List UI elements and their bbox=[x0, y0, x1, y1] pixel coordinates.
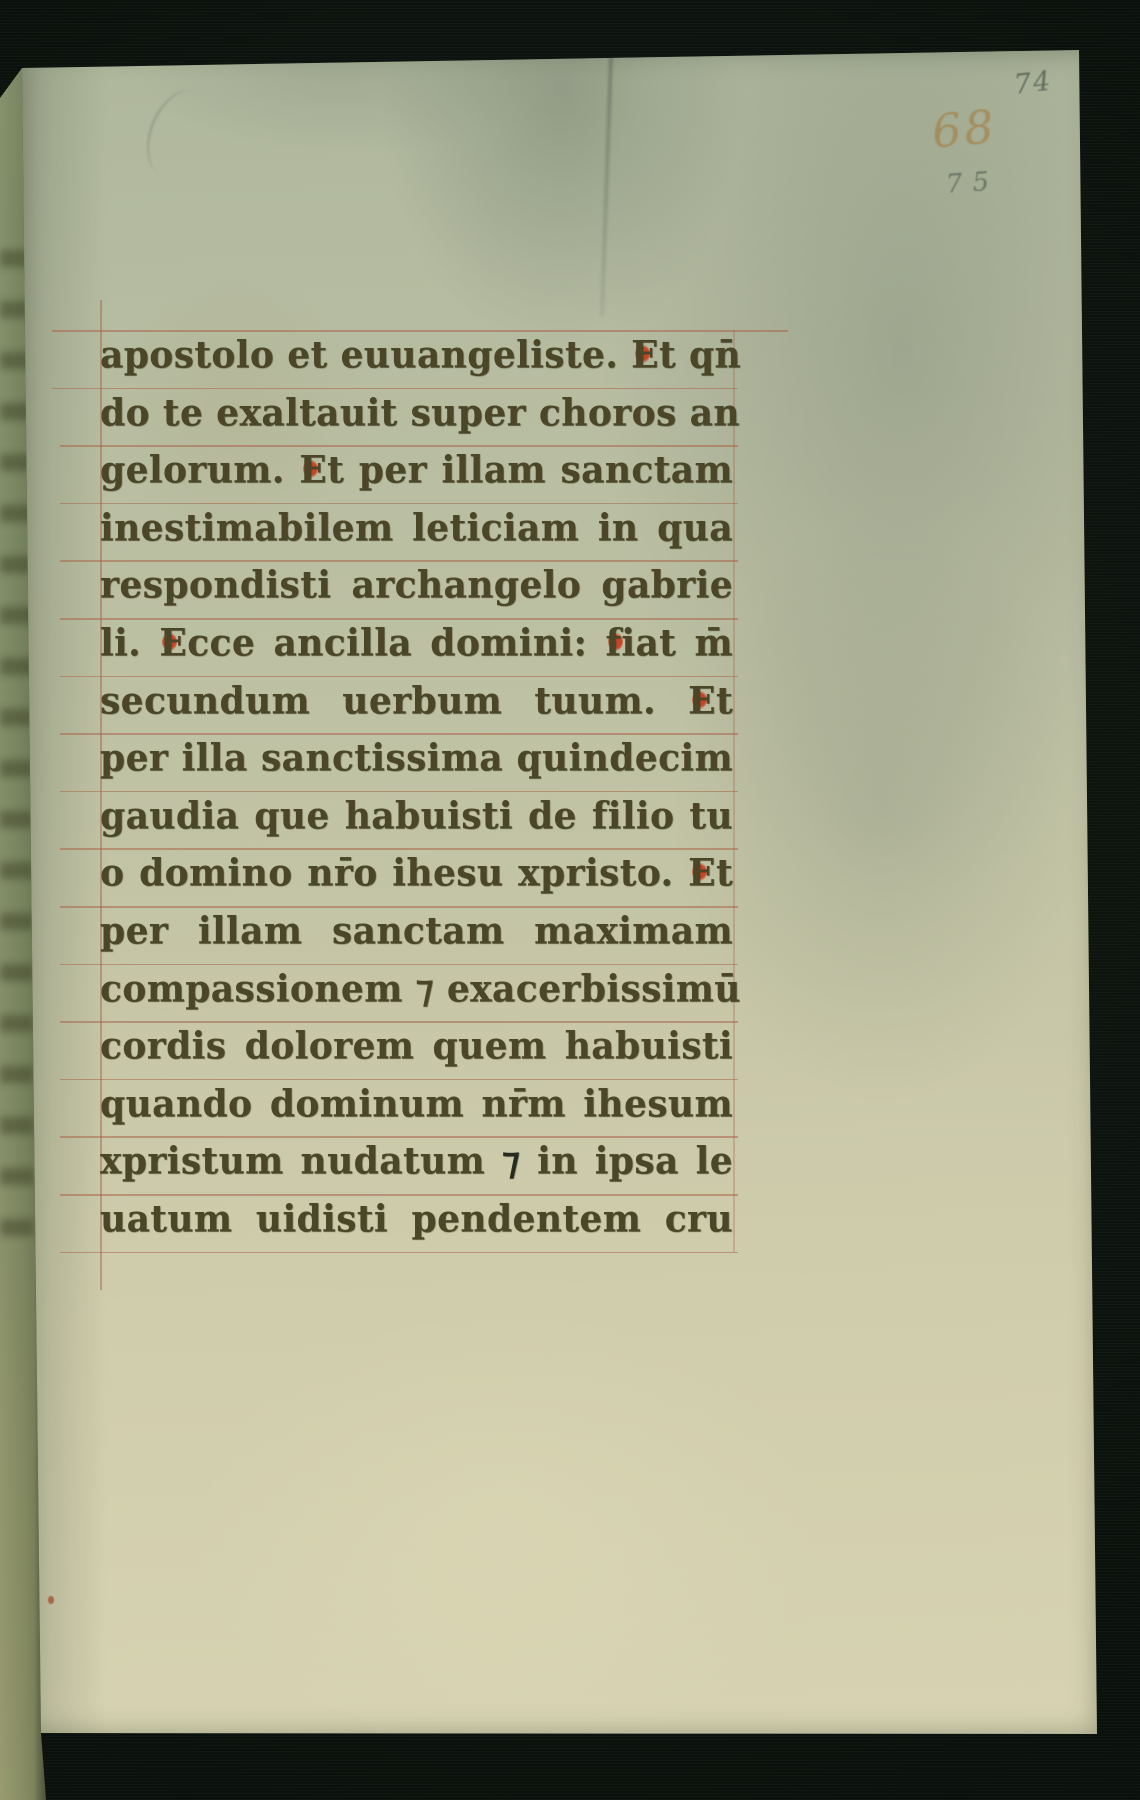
rubricated-letter: E bbox=[159, 621, 187, 665]
manuscript-text-line: secundum uerbum tuum. Et bbox=[100, 674, 733, 734]
manuscript-text-line: per illa sanctissima quindecim bbox=[100, 732, 733, 792]
text-segment: inestimabilem leticiam in qua bbox=[100, 506, 733, 550]
text-segment: at m̄ bbox=[635, 621, 733, 665]
manuscript-text-line: li. Ecce ancilla domini: fiat m̄ bbox=[100, 617, 733, 677]
text-segment: uatum uidisti pendentem cru bbox=[100, 1197, 733, 1241]
text-segment: per illam sanctam bbox=[344, 448, 733, 492]
manuscript-text-line: gaudia que habuisti de filio tu bbox=[100, 790, 733, 850]
rubricated-letter: fi bbox=[605, 621, 635, 665]
manuscript-text-line: do te exaltauit super choros an bbox=[100, 386, 733, 446]
text-segment: qn̄ bbox=[676, 333, 741, 377]
manuscript-text-line: apostolo et euuangeliste. Et qn̄ bbox=[100, 329, 733, 389]
text-segment: gelorum. bbox=[100, 448, 299, 492]
manuscript-text-line: per illam sanctam maximam bbox=[100, 905, 733, 965]
manuscript-text-line: compassionem ⁊ exacerbissimū bbox=[100, 962, 733, 1022]
rubricated-letter: Et bbox=[299, 448, 344, 492]
manuscript-text-line: o domino nr̄o ihesu xpristo. Et bbox=[100, 847, 733, 907]
rubricated-letter: Et bbox=[631, 333, 676, 377]
text-segment: o domino nr̄o ihesu xpristo. bbox=[100, 851, 688, 895]
manuscript-text-line: uatum uidisti pendentem cru bbox=[100, 1193, 733, 1253]
rubricated-letter: Et bbox=[688, 679, 733, 723]
manuscript-page: 74 68 75 apostolo et euuangeliste. Et qn… bbox=[22, 50, 1097, 1734]
photograph-stage: 74 68 75 apostolo et euuangeliste. Et qn… bbox=[0, 0, 1140, 1800]
text-segment: li. bbox=[100, 621, 159, 665]
text-segment: gaudia que habuisti de filio tu bbox=[100, 794, 733, 838]
text-segment: cce ancilla domini: bbox=[187, 621, 605, 665]
manuscript-text-line: gelorum. Et per illam sanctam bbox=[100, 444, 733, 504]
text-block: apostolo et euuangeliste. Et qn̄do te ex… bbox=[22, 50, 1097, 1734]
text-segment: cordis dolorem quem habuisti bbox=[100, 1024, 733, 1068]
text-segment: do te exaltauit super choros an bbox=[100, 391, 740, 435]
rubricated-letter: Et bbox=[688, 851, 733, 895]
retraced-tironian-et: ⁊ bbox=[502, 1139, 520, 1183]
text-segment: per illa sanctissima quindecim bbox=[100, 736, 733, 780]
text-segment: secundum uerbum tuum. bbox=[100, 679, 688, 723]
text-segment: compassionem ⁊ exacerbissimū bbox=[100, 967, 741, 1011]
text-segment: apostolo et euuangeliste. bbox=[100, 333, 631, 377]
manuscript-text-line: quando dominum nr̄m ihesum bbox=[100, 1078, 733, 1138]
text-segment: xpristum nudatum bbox=[100, 1139, 502, 1183]
manuscript-text-line: respondisti archangelo gabrie bbox=[100, 559, 733, 619]
text-segment: in ipsa le bbox=[520, 1139, 733, 1183]
manuscript-text-line: cordis dolorem quem habuisti bbox=[100, 1020, 733, 1080]
text-segment: quando dominum nr̄m ihesum bbox=[100, 1082, 733, 1126]
text-segment: respondisti archangelo gabrie bbox=[100, 563, 733, 607]
manuscript-text-line: xpristum nudatum ⁊ in ipsa le bbox=[100, 1135, 733, 1195]
text-segment: per illam sanctam maximam bbox=[100, 909, 733, 953]
manuscript-text-line: inestimabilem leticiam in qua bbox=[100, 502, 733, 562]
